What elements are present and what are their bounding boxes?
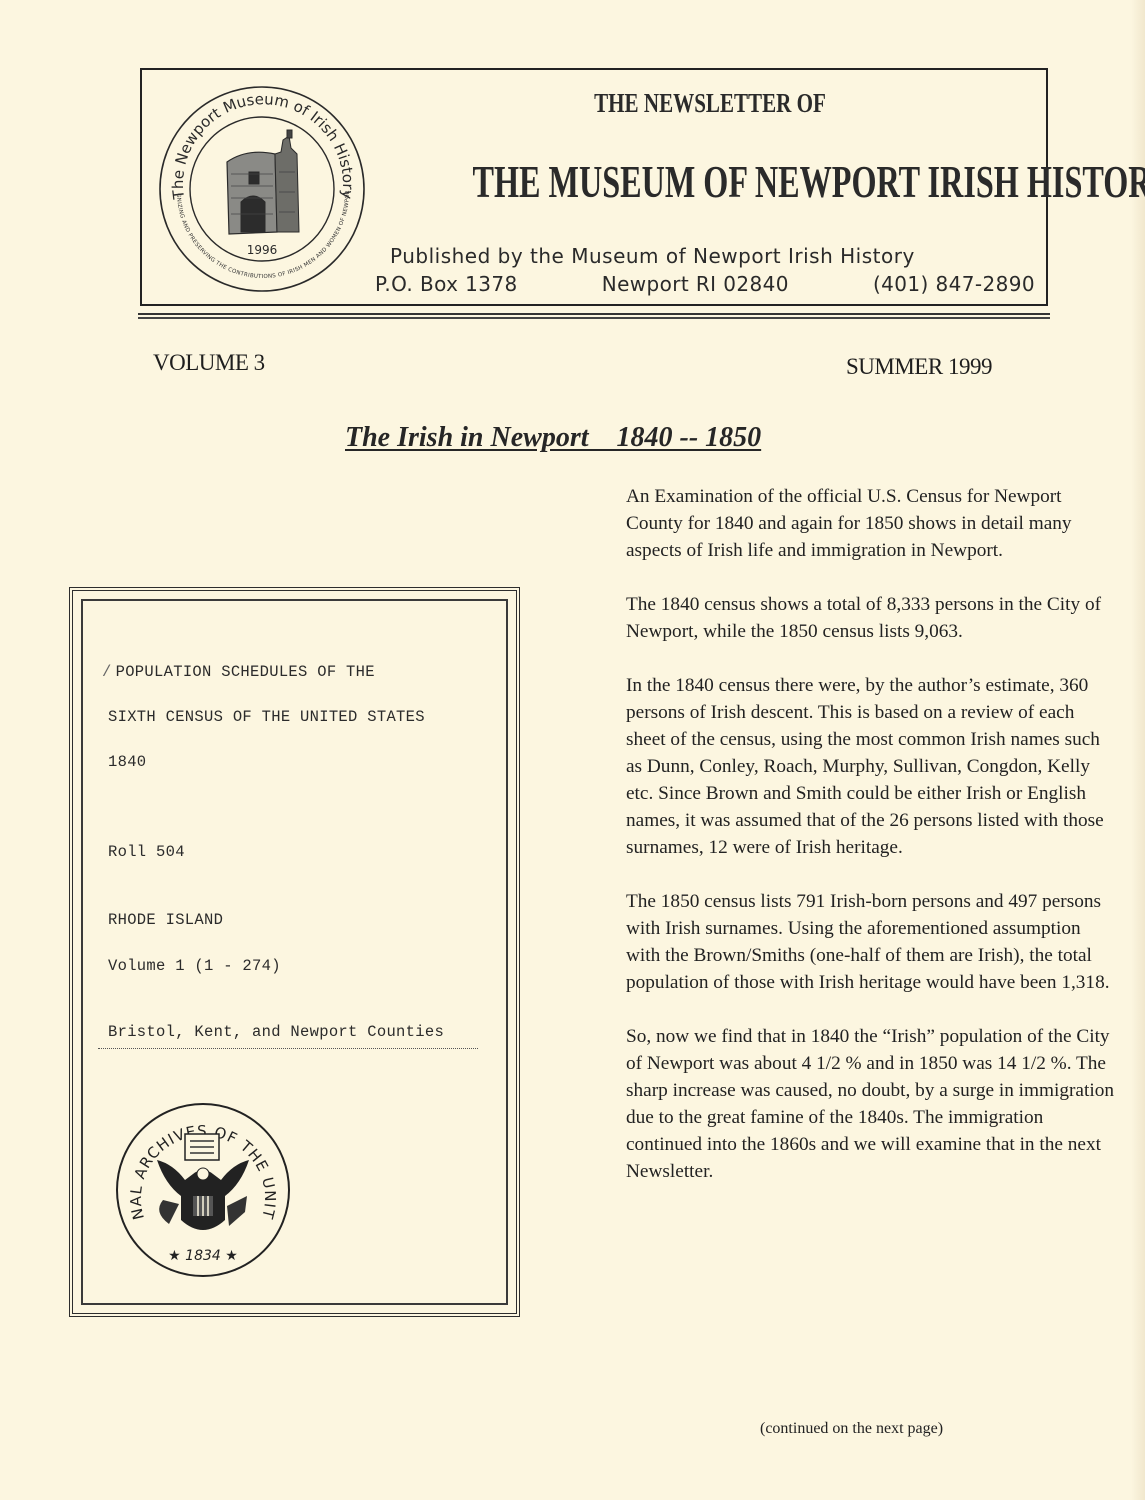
newsletter-of-heading: THE NEWSLETTER OF	[445, 88, 975, 119]
census-dotted-rule	[98, 1048, 478, 1049]
eagle-seal-icon: THE NATIONAL ARCHIVES OF THE UNITED STAT…	[113, 1100, 293, 1280]
article-paragraph: So, now we find that in 1840 the “Irish”…	[626, 1023, 1116, 1185]
national-archives-seal: THE NATIONAL ARCHIVES OF THE UNITED STAT…	[113, 1100, 293, 1280]
svg-text:★ 1834 ★: ★ 1834 ★	[168, 1248, 238, 1264]
article-paragraph: In the 1840 census there were, by the au…	[626, 672, 1116, 861]
po-box: P.O. Box 1378	[375, 272, 518, 296]
census-counties: Bristol, Kent, and Newport Counties	[108, 1023, 444, 1041]
phone-number: (401) 847-2890	[873, 272, 1035, 296]
volume-label: VOLUME 3	[153, 350, 265, 376]
museum-seal-logo: The Newport Museum of Irish History RECO…	[155, 82, 370, 297]
census-state: RHODE ISLAND	[108, 911, 223, 929]
article-title: The Irish in Newport 1840 -- 1850	[345, 422, 761, 454]
museum-seal-icon: The Newport Museum of Irish History RECO…	[155, 82, 370, 297]
masthead-double-rule	[138, 313, 1050, 319]
census-volume: Volume 1 (1 - 274)	[108, 957, 281, 975]
article-body: An Examination of the official U.S. Cens…	[626, 483, 1116, 1212]
museum-name-heading: THE MUSEUM OF NEWPORT IRISH HISTORY	[473, 155, 942, 208]
article-paragraph: An Examination of the official U.S. Cens…	[626, 483, 1116, 564]
pen-mark-icon: /	[102, 663, 112, 681]
article-paragraph: The 1840 census shows a total of 8,333 p…	[626, 591, 1116, 645]
publisher-line: Published by the Museum of Newport Irish…	[390, 244, 915, 268]
contact-line: P.O. Box 1378 Newport RI 02840 (401) 847…	[375, 272, 1035, 296]
issue-date: SUMMER 1999	[846, 354, 992, 380]
census-line-2: SIXTH CENSUS OF THE UNITED STATES	[108, 708, 425, 726]
svg-text:1996: 1996	[247, 243, 278, 257]
census-line-1: /POPULATION SCHEDULES OF THE	[102, 663, 375, 681]
continued-note: (continued on the next page)	[760, 1420, 943, 1438]
census-year: 1840	[108, 753, 146, 771]
census-roll: Roll 504	[108, 843, 185, 861]
paper-edge-shadow	[1131, 0, 1145, 1500]
article-paragraph: The 1850 census lists 791 Irish-born per…	[626, 888, 1116, 996]
city-state-zip: Newport RI 02840	[602, 272, 789, 296]
